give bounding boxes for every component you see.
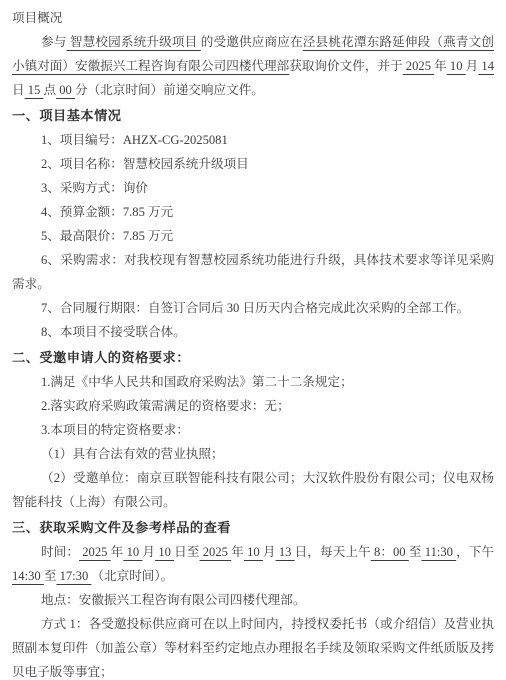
heading-section-2: 二、受邀申请人的资格要求： [12, 346, 494, 370]
text-run: 日，每天上午 [295, 545, 371, 559]
text-run: （北京时间）。 [91, 569, 173, 583]
document-obtain-time: 时间： 2025 年 10 月 10 日至 2025 年 10 月 13 日，每… [12, 540, 494, 588]
filled-blank: 智慧校园系统升级项目 [67, 35, 201, 49]
document-page: 项目概况参与 智慧校园系统升级项目 的受邀供应商应在泾县桃花潭东路延伸段（燕青文… [0, 0, 506, 680]
qualification-item-3: 3.本项目的特定资格要求： [12, 418, 494, 442]
text-run: 日 [12, 83, 25, 97]
filled-blank: 10 [447, 59, 466, 73]
text-run: 时间： [41, 545, 79, 559]
text-run: 1.满足《中华人民共和国政府采购法》第二十二条规定； [41, 375, 353, 389]
filled-blank: 14 [478, 59, 494, 73]
text-run: 项目概况 [12, 11, 62, 25]
text-run: 3.本项目的特定资格要求： [41, 423, 189, 437]
text-run: 分（北京时间）前递交响应文件。 [75, 83, 264, 97]
text-run: 6、采购需求：对我校现有智慧校园系统功能进行升级，具体技术要求等详见采购需求。 [12, 253, 494, 291]
document-content: 项目概况参与 智慧校园系统升级项目 的受邀供应商应在泾县桃花潭东路延伸段（燕青文… [12, 6, 494, 680]
text-run: 2、项目名称：智慧校园系统升级项目 [41, 157, 249, 171]
filled-blank: 11:30 [422, 545, 457, 559]
filled-blank: 2025 [79, 545, 111, 559]
text-run: 一、项目基本情况 [12, 108, 122, 123]
text-run: 年 [231, 545, 244, 559]
text-run: 方式 1：各受邀投标供应商可在以上时间内，持授权委托书（或介绍信）及营业执照副本… [12, 617, 494, 679]
item-no-consortium: 8、本项目不接受联合体。 [12, 320, 494, 344]
filled-blank: 2025 [403, 59, 435, 73]
text-run: 4、预算金额：7.85 万元 [41, 205, 173, 219]
heading-section-1: 一、项目基本情况 [12, 104, 494, 128]
filled-blank: 10 [155, 545, 174, 559]
item-price-ceiling: 5、最高限价：7.85 万元 [12, 224, 494, 248]
item-contract-period: 7、合同履行期限：自签订合同后 30 日历天内合格完成此次采购的全部工作。 [12, 296, 494, 320]
text-run: 月 [263, 545, 276, 559]
item-project-name: 2、项目名称：智慧校园系统升级项目 [12, 152, 494, 176]
filled-blank: 10 [244, 545, 263, 559]
item-procurement-method: 3、采购方式：询价 [12, 176, 494, 200]
text-run: 三、获取采购文件及参考样品的查看 [12, 520, 231, 535]
item-procurement-requirement: 6、采购需求：对我校现有智慧校园系统功能进行升级，具体技术要求等详见采购需求。 [12, 248, 494, 296]
qualification-item-2: 2.落实政府采购政策需满足的资格要求：无； [12, 394, 494, 418]
text-run: 月 [466, 59, 479, 73]
specific-requirement-2-invited-suppliers: （2）受邀单位：南京亘联智能科技有限公司；大汉软件股份有限公司；仪电双杨智能科技… [12, 466, 494, 514]
text-run: 1、项目编号：AHZX-CG-2025081 [41, 133, 228, 147]
specific-requirement-1: （1）具有合法有效的营业执照； [12, 442, 494, 466]
heading-section-3: 三、获取采购文件及参考样品的查看 [12, 516, 494, 540]
item-project-number: 1、项目编号：AHZX-CG-2025081 [12, 128, 494, 152]
text-run: （1）具有合法有效的营业执照； [41, 447, 224, 461]
text-run: 点 [43, 83, 56, 97]
text-run: 7、合同履行期限：自签订合同后 30 日历天内合格完成此次采购的全部工作。 [41, 301, 469, 315]
filled-blank: 8：00 [371, 545, 409, 559]
text-run: 8、本项目不接受联合体。 [41, 325, 186, 339]
text-run: ，下午 [456, 545, 494, 559]
filled-blank: 15 [25, 83, 44, 97]
qualification-item-1: 1.满足《中华人民共和国政府采购法》第二十二条规定； [12, 370, 494, 394]
method-1-paragraph: 方式 1：各受邀投标供应商可在以上时间内，持授权委托书（或介绍信）及营业执照副本… [12, 612, 494, 680]
overview-title: 项目概况 [12, 6, 494, 30]
filled-blank: 17:30 [56, 569, 91, 583]
text-run: 的受邀供应商应在 [201, 35, 303, 49]
text-run: 二、受邀申请人的资格要求： [12, 350, 190, 365]
text-run: （2）受邀单位：南京亘联智能科技有限公司；大汉软件股份有限公司；仪电双杨智能科技… [12, 471, 494, 509]
text-run: 至 [44, 569, 57, 583]
text-run: 年 [434, 59, 447, 73]
text-run: 至 [409, 545, 422, 559]
filled-blank: 14:30 [12, 569, 44, 583]
text-run: 地点：安徽振兴工程咨询有限公司四楼代理部。 [41, 593, 305, 607]
filled-blank: 00 [56, 83, 75, 97]
text-run: 参与 [41, 35, 67, 49]
text-run: 日至 [174, 545, 199, 559]
text-run: 月 [142, 545, 155, 559]
item-budget: 4、预算金额：7.85 万元 [12, 200, 494, 224]
intro-paragraph: 参与 智慧校园系统升级项目 的受邀供应商应在泾县桃花潭东路延伸段（燕青文创小镇对… [12, 30, 494, 102]
text-run: 获取询价文件，并于 [289, 59, 402, 73]
text-run: 年 [111, 545, 124, 559]
filled-blank: 13 [276, 545, 295, 559]
document-obtain-location: 地点：安徽振兴工程咨询有限公司四楼代理部。 [12, 588, 494, 612]
filled-blank: 2025 [200, 545, 232, 559]
text-run: 2.落实政府采购政策需满足的资格要求：无； [41, 399, 290, 413]
filled-blank: 10 [123, 545, 142, 559]
text-run: 5、最高限价：7.85 万元 [41, 229, 173, 243]
text-run: 3、采购方式：询价 [41, 181, 148, 195]
